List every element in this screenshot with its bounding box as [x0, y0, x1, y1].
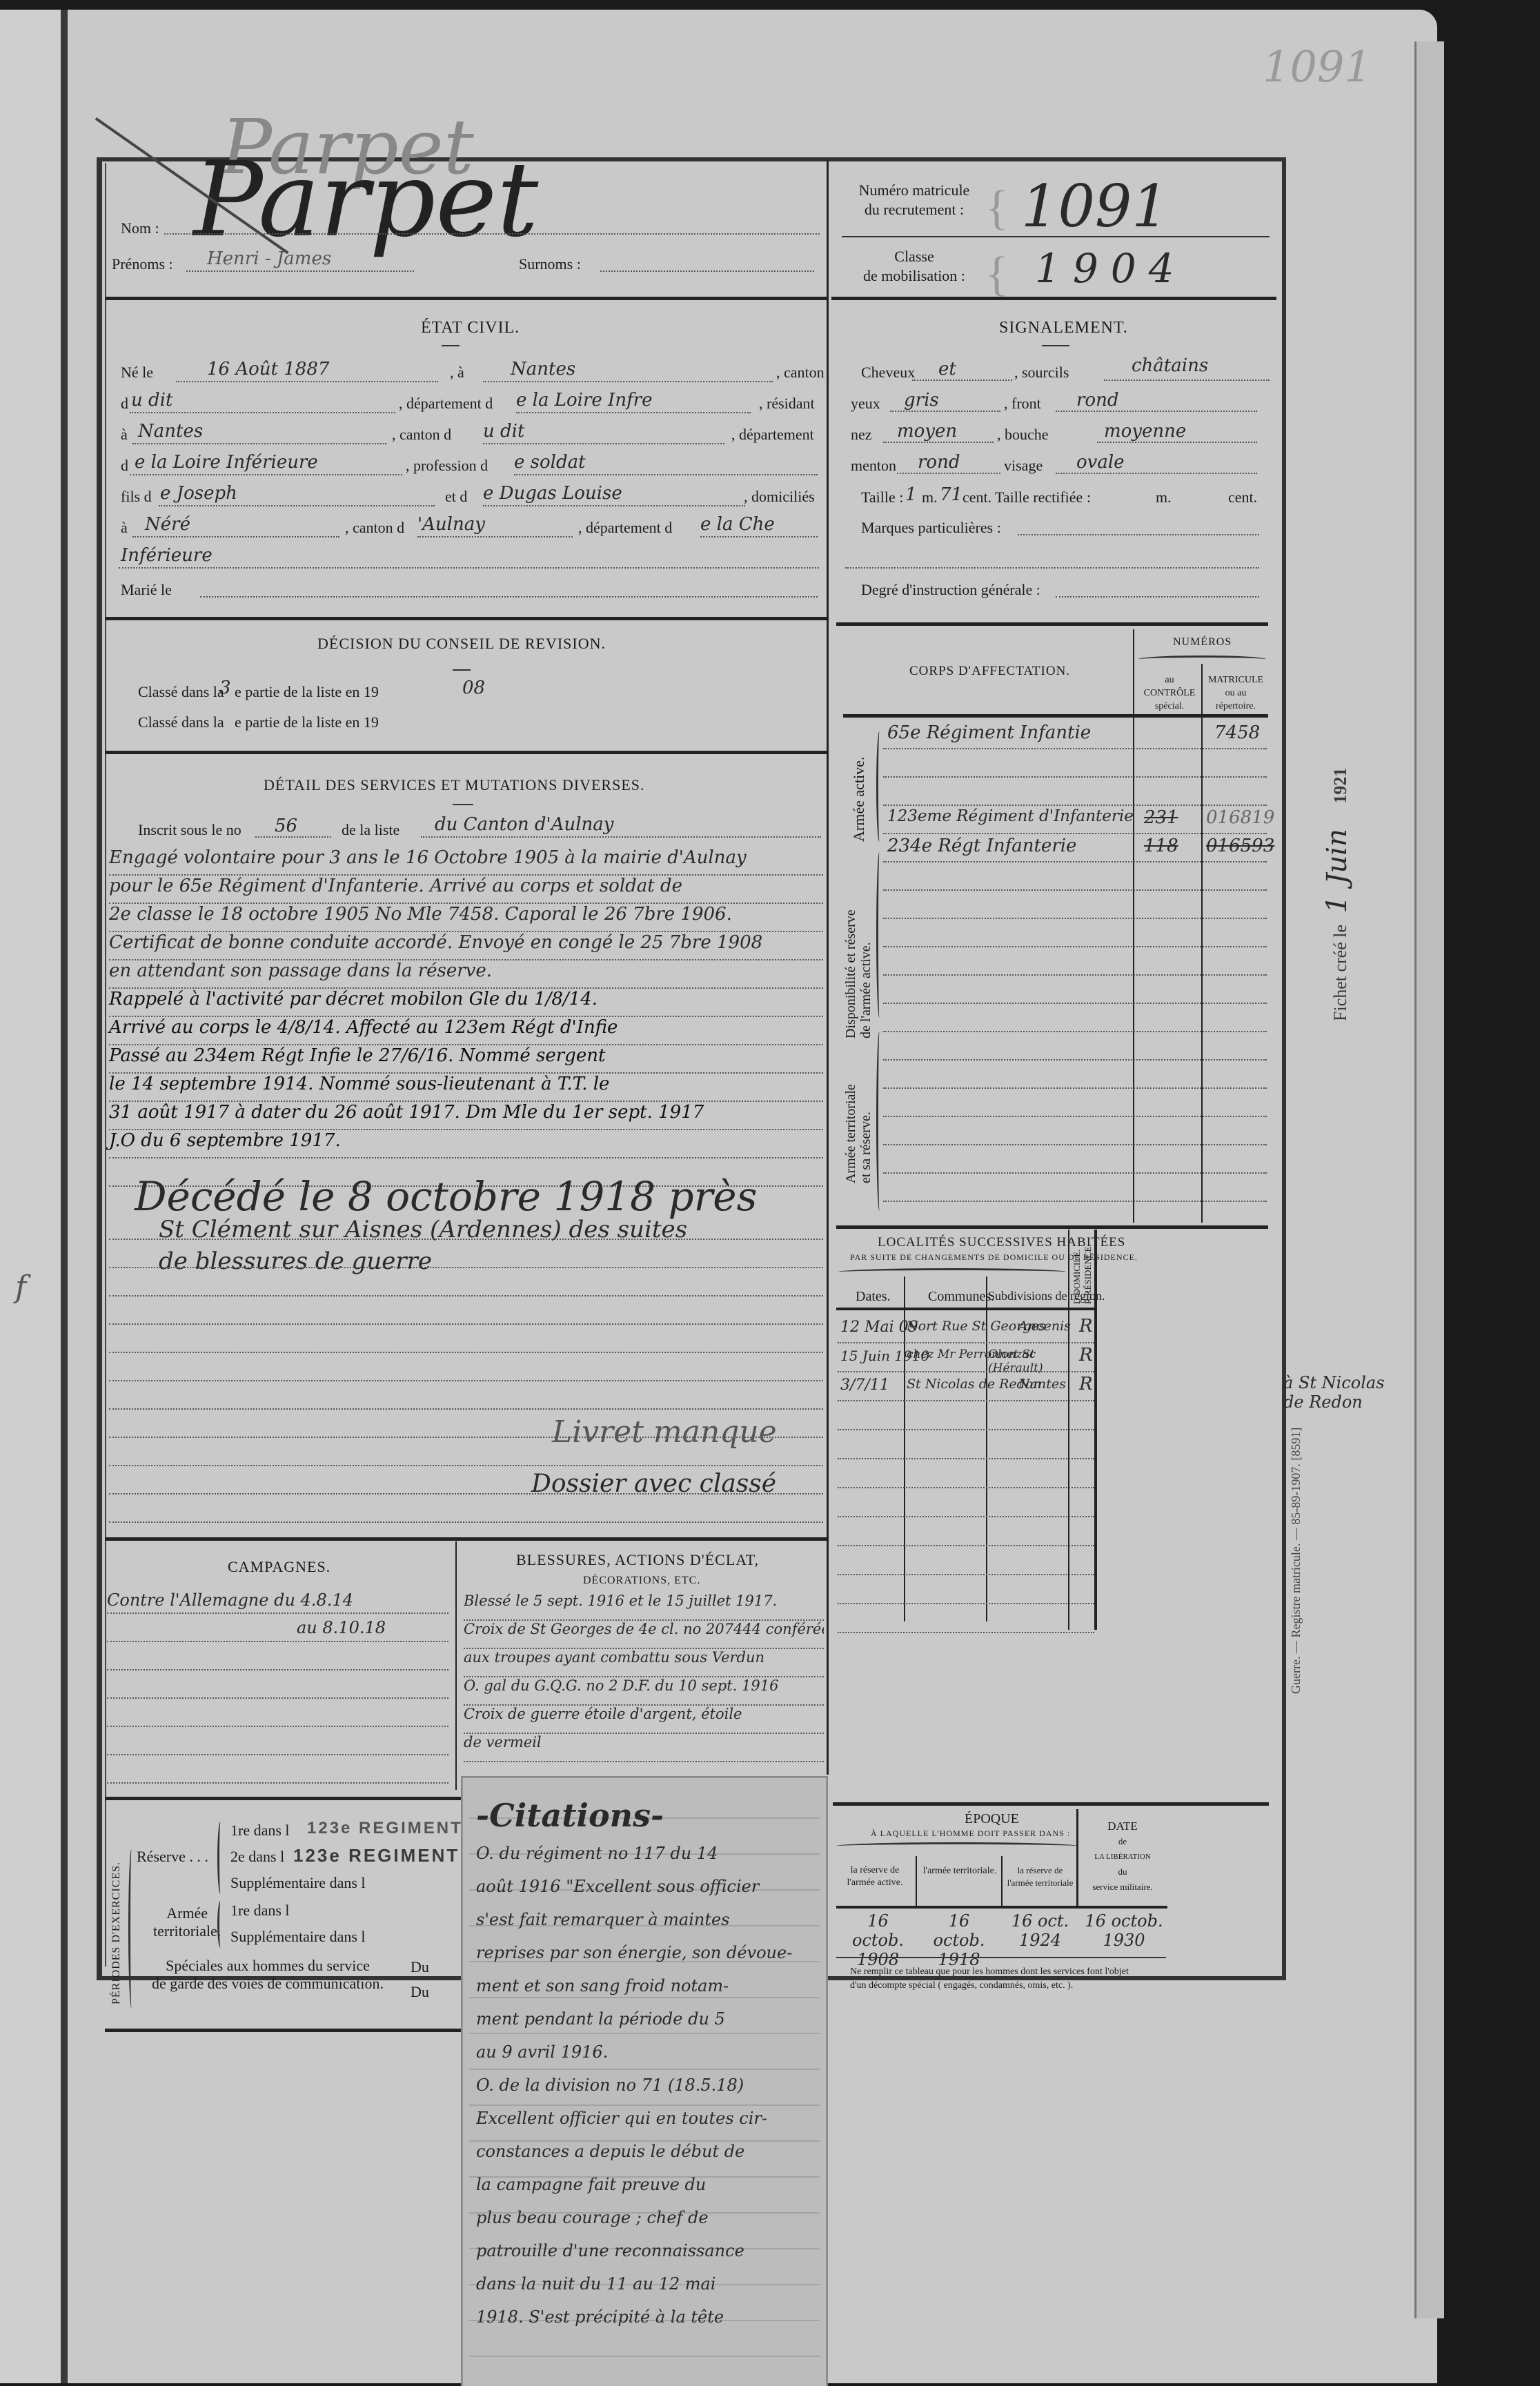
dossier-classe-note: Dossier avec classé — [531, 1470, 776, 1498]
parents-departement-value-cont: Inférieure — [121, 545, 213, 566]
page-stack-edge — [1414, 41, 1444, 2318]
column-divider — [827, 160, 829, 1775]
menton-value: rond — [918, 452, 960, 473]
section-disponibilite: Disponibilité et réserve de l'armée acti… — [843, 909, 873, 1038]
corps-header: CORPS D'AFFECTATION. — [909, 664, 1070, 679]
numero-matricule-label: Numéro matricule du recrutement : — [856, 181, 973, 219]
residence-canton-value: u dit — [483, 421, 524, 442]
epoque-col1-value: 16 octob. 1908 — [842, 1911, 914, 1969]
service-line: Engagé volontaire pour 3 ans le 16 Octob… — [109, 847, 823, 876]
service-line: Rappelé à l'activité par décret mobilon … — [109, 989, 823, 1017]
inscrit-number-value: 56 — [275, 816, 297, 836]
speciales-label: Spéciales aux hommes du service de garde… — [152, 1957, 384, 1993]
cheveux-value: et — [938, 359, 956, 379]
affectation-row: 234e Régt Infanterie 118 016593 — [883, 834, 1267, 862]
localite-row: 3/7/11 St Nicolas de Redon Nantes R — [838, 1372, 1094, 1401]
livret-manque-note: Livret manque — [552, 1414, 777, 1450]
left-page-mark: f — [15, 1270, 26, 1305]
affectation-row: 123eme Régiment d'Infanterie 231 016819 — [883, 806, 1267, 834]
residence-value: Nantes — [138, 421, 203, 442]
bouche-value: moyenne — [1104, 421, 1186, 442]
domicile-residence-header: D DOMICILE. R RÉSIDENCE. — [1072, 1244, 1094, 1304]
matricule-header: MATRICULE ou au répertoire. — [1204, 673, 1267, 713]
citations-text-block: O. du régiment no 117 du 14 août 1916 "E… — [476, 1844, 825, 2340]
blessures-subtitle: DÉCORATIONS, ETC. — [583, 1575, 700, 1587]
campagnes-title: CAMPAGNES. — [228, 1558, 330, 1576]
localites-table: 12 Mai 09 Nort Rue St Georges Ancenis R … — [838, 1314, 1094, 1633]
front-value: rond — [1076, 390, 1118, 411]
epoque-footnote: Ne remplir ce tableau que pour les homme… — [850, 1965, 1129, 1993]
birth-place-value: Nantes — [511, 359, 575, 379]
header-divider — [105, 297, 827, 300]
service-line: Passé au 234em Régt Infie le 27/6/16. No… — [109, 1045, 823, 1074]
localite-row: 12 Mai 09 Nort Rue St Georges Ancenis R — [838, 1314, 1094, 1343]
classe-mobilisation-label: Classe de mobilisation : — [856, 247, 973, 286]
profession-value: e soldat — [514, 452, 586, 473]
surnoms-line — [600, 270, 814, 272]
territoriale-label: Armée territoriale. — [153, 1904, 221, 1940]
matricule-bottom-divider — [831, 297, 1276, 300]
corner-number: 1091 — [1263, 41, 1372, 92]
nom-value: Parpet — [193, 148, 538, 252]
numero-matricule-value: 1091 — [1021, 172, 1169, 240]
epoque-col1-header: la réserve de l'armée active. — [836, 1864, 914, 1889]
section-territoriale: Armée territoriale et sa réserve. — [843, 1084, 873, 1183]
ne-le-label: Né le — [121, 364, 153, 382]
sourcils-value: châtains — [1132, 355, 1208, 376]
blessures-text-block: Blessé le 5 sept. 1916 et le 15 juillet … — [464, 1593, 824, 1762]
printer-line: Guerre. — Registre matricule. — 85-89-19… — [1289, 1428, 1303, 1694]
services-title: DÉTAIL DES SERVICES ET MUTATIONS DIVERSE… — [264, 776, 645, 794]
signalement-title: SIGNALEMENT. — [999, 319, 1128, 337]
etat-civil-title: ÉTAT CIVIL. — [421, 319, 520, 337]
parents-canton-value: 'Aulnay — [417, 514, 485, 535]
epoque-col3-value: 16 oct. 1924 — [1004, 1911, 1076, 1950]
section-armee-active: Armée active. — [850, 757, 868, 842]
epoque-col2-header: l'armée territoriale. — [919, 1864, 1000, 1878]
prenoms-line — [186, 270, 414, 272]
service-line: J.O du 6 septembre 1917. — [109, 1130, 823, 1159]
service-line: 2e classe le 18 octobre 1905 No Mle 7458… — [109, 904, 823, 932]
parents-residence-value: Néré — [145, 514, 190, 535]
service-line: Arrivé au corps le 4/8/14. Affecté au 12… — [109, 1017, 823, 1045]
nom-line — [164, 233, 820, 235]
yeux-value: gris — [904, 390, 939, 411]
service-line: Certificat de bonne conduite accordé. En… — [109, 932, 823, 960]
service-line: 31 août 1917 à dater du 26 août 1917. Dm… — [109, 1102, 823, 1130]
birth-place-label: , à — [450, 364, 464, 382]
epoque-col2-value: 16 octob. 1918 — [921, 1911, 997, 1969]
revision-year-value: 08 — [462, 678, 485, 698]
service-line: pour le 65e Régiment d'Infanterie. Arriv… — [109, 876, 823, 904]
left-page-edge — [0, 10, 65, 2383]
reserve-2-stamp: 123e REGIMENT D — [293, 1845, 482, 1866]
epoque-subtitle: À LAQUELLE L'HOMME DOIT PASSER DANS : — [871, 1828, 1070, 1839]
epoque-title: ÉPOQUE — [965, 1811, 1019, 1827]
dates-header: Dates. — [856, 1289, 891, 1305]
birth-departement-value: e la Loire Infre — [516, 390, 653, 411]
epoque-col4-header: DATE de LA LIBÉRATION du service militai… — [1080, 1819, 1165, 1895]
liberation-date-value: 16 octob. 1930 — [1082, 1911, 1166, 1950]
service-line: le 14 septembre 1914. Nommé sous-lieuten… — [109, 1074, 823, 1102]
residant-label: , résidant — [759, 395, 815, 413]
mother-name-value: e Dugas Louise — [483, 483, 622, 504]
prenoms-label: Prénoms : — [112, 255, 173, 273]
revision-partie-value: 3 — [219, 678, 231, 698]
epoque-col3-header: la réserve de l'armée territoriale — [1004, 1864, 1076, 1889]
controle-header: au CONTRÔLE spécial. — [1138, 673, 1201, 713]
communes-header: Communes. — [928, 1289, 994, 1305]
affectation-row: 65e Régiment Infantie 7458 — [883, 721, 1267, 749]
departement-label: , département d — [399, 395, 493, 413]
book-gutter — [61, 10, 68, 2383]
citations-title: -Citations- — [476, 1797, 664, 1834]
conseil-revision-title: DÉCISION DU CONSEIL DE REVISION. — [317, 635, 606, 653]
localite-row: 15 Juin 1910 chez Mr Perronnet St Olonza… — [838, 1343, 1094, 1372]
reserve-label: Réserve . . . — [137, 1848, 208, 1866]
canton-label: , canton — [776, 364, 825, 382]
service-line: en attendant son passage dans la réserve… — [109, 960, 823, 989]
taille-cent-value: 71 — [940, 484, 962, 505]
birth-date-value: 16 Août 1887 — [207, 359, 329, 379]
services-text-block: Engagé volontaire pour 3 ans le 16 Octob… — [109, 847, 823, 1187]
blessures-title: BLESSURES, ACTIONS D'ÉCLAT, — [516, 1551, 759, 1569]
surnoms-label: Surnoms : — [519, 255, 581, 273]
taille-m-value: 1 — [905, 484, 917, 505]
matricule-divider — [842, 236, 1270, 237]
nez-value: moyen — [897, 421, 957, 442]
fichet-cree-stamp: Fichet créé le 1 Juin 1921 — [1321, 768, 1353, 1021]
nom-label: Nom : — [121, 219, 159, 237]
prenoms-value: Henri - James — [207, 248, 331, 269]
father-name-value: e Joseph — [160, 483, 237, 504]
localites-margin-note: à St Nicolas de Redon — [1283, 1373, 1401, 1412]
residence-departement-value: e la Loire Inférieure — [135, 452, 318, 473]
birth-canton-value: u dit — [131, 390, 172, 411]
reserve-1-stamp: 123e REGIMENT — [307, 1819, 463, 1838]
liste-value: du Canton d'Aulnay — [435, 814, 613, 835]
marie-label: Marié le — [121, 581, 172, 599]
periodes-side-title: PÉRIODES D'EXERCICES. — [110, 1862, 123, 2004]
numeros-header: NUMÉROS — [1173, 636, 1232, 649]
classe-mobilisation-value: 1904 — [1035, 245, 1187, 292]
parents-departement-value: e la Che — [700, 514, 775, 535]
affectation-table: 65e Régiment Infantie 7458 123eme Régime… — [883, 721, 1267, 1202]
visage-value: ovale — [1076, 452, 1125, 473]
